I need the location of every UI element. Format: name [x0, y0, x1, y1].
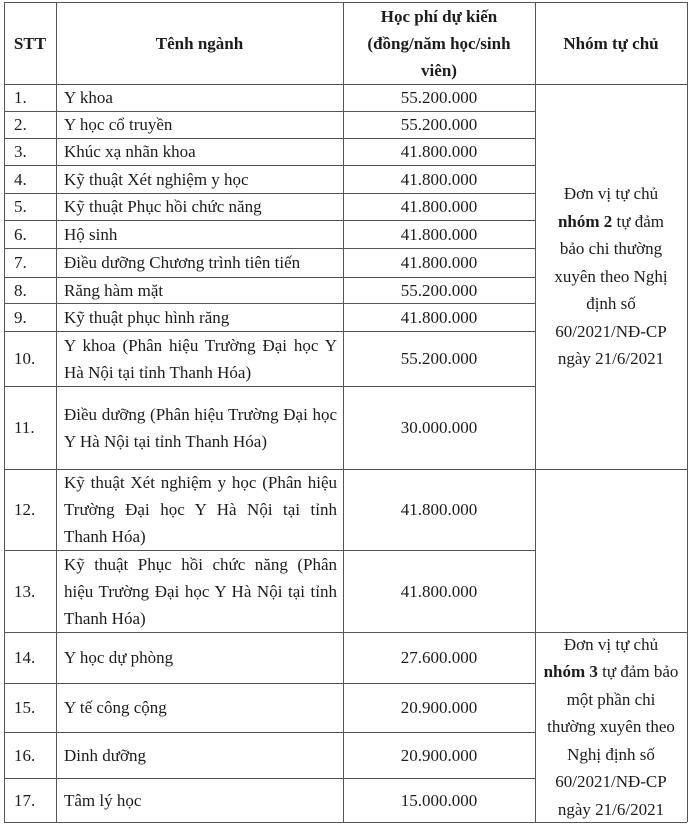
grid-hline: [4, 303, 535, 304]
header-autonomy-group: Nhóm tự chủ: [535, 2, 687, 84]
row-stt: 11.: [4, 386, 56, 469]
row-stt: 17.: [4, 778, 56, 822]
grid-hline: [4, 386, 535, 387]
row-major-name: Kỹ thuật Phục hồi chức năng (Phân hiệu T…: [56, 550, 343, 632]
row-stt: 16.: [4, 732, 56, 778]
row-fee: 41.800.000: [343, 303, 535, 331]
grid-hline: [4, 732, 535, 733]
grid-hline: [4, 220, 535, 221]
row-fee: 41.800.000: [343, 165, 535, 193]
grid-hline: [4, 632, 687, 633]
row-major-name: Hộ sinh: [56, 220, 343, 248]
row-stt: 7.: [4, 248, 56, 277]
row-stt: 15.: [4, 683, 56, 732]
row-major-name: Dinh dưỡng: [56, 732, 343, 778]
row-major-name: Y tế công cộng: [56, 683, 343, 732]
grid-vline: [4, 2, 5, 822]
tuition-fee-table: STT Tênh ngành Học phí dự kiến (đồng/năm…: [0, 0, 700, 827]
grid-hline: [4, 331, 535, 332]
row-fee: 41.800.000: [343, 193, 535, 220]
row-major-name: Tâm lý học: [56, 778, 343, 822]
row-major-name: Y khoa (Phân hiệu Trường Đại học Y Hà Nộ…: [56, 331, 343, 386]
row-stt: 6.: [4, 220, 56, 248]
grid-hline: [4, 138, 535, 139]
row-fee: 55.200.000: [343, 84, 535, 111]
row-major-name: Y học cổ truyền: [56, 111, 343, 138]
grid-vline: [687, 2, 688, 822]
row-fee: 20.900.000: [343, 683, 535, 732]
row-fee: 41.800.000: [343, 469, 535, 550]
row-fee: 15.000.000: [343, 778, 535, 822]
grid-hline: [4, 277, 535, 278]
row-stt: 10.: [4, 331, 56, 386]
grid-hline: [4, 550, 535, 551]
row-major-name: Điều dưỡng (Phân hiệu Trường Đại học Y H…: [56, 386, 343, 469]
row-fee: 20.900.000: [343, 732, 535, 778]
grid-vline: [56, 2, 57, 822]
row-stt: 12.: [4, 469, 56, 550]
grid-hline: [4, 248, 535, 249]
row-stt: 1.: [4, 84, 56, 111]
row-fee: 55.200.000: [343, 277, 535, 303]
grid-vline: [343, 2, 344, 822]
row-major-name: Kỹ thuật Xét nghiệm y học: [56, 165, 343, 193]
row-major-name: Kỹ thuật phục hình răng: [56, 303, 343, 331]
row-fee: 41.800.000: [343, 220, 535, 248]
autonomy-group-cell: Đơn vị tự chủ nhóm 3 tự đảm bảo một phần…: [535, 632, 687, 822]
row-stt: 14.: [4, 632, 56, 683]
row-major-name: Kỹ thuật Phục hồi chức năng: [56, 193, 343, 220]
grid-hline: [4, 165, 535, 166]
row-fee: 41.800.000: [343, 138, 535, 165]
row-stt: 13.: [4, 550, 56, 632]
autonomy-group-cell: Đơn vị tự chủ nhóm 2 tự đảm bảo chi thườ…: [535, 84, 687, 469]
row-major-name: Điều dưỡng Chương trình tiên tiến: [56, 248, 343, 277]
row-stt: 2.: [4, 111, 56, 138]
header-major-name: Tênh ngành: [56, 2, 343, 84]
row-stt: 5.: [4, 193, 56, 220]
row-stt: 8.: [4, 277, 56, 303]
grid-vline: [535, 2, 536, 822]
grid-hline: [4, 778, 535, 779]
grid-hline: [4, 822, 687, 823]
row-stt: 9.: [4, 303, 56, 331]
row-major-name: Y khoa: [56, 84, 343, 111]
grid-hline: [4, 469, 687, 470]
row-fee: 27.600.000: [343, 632, 535, 683]
grid-hline: [4, 193, 535, 194]
grid-hline: [4, 2, 687, 3]
row-major-name: Kỹ thuật Xét nghiệm y học (Phân hiệu Trư…: [56, 469, 343, 550]
header-expected-fee: Học phí dự kiến (đồng/năm học/sinh viên): [343, 2, 535, 84]
row-fee: 41.800.000: [343, 248, 535, 277]
row-major-name: Răng hàm mặt: [56, 277, 343, 303]
autonomy-group-cell: [535, 469, 687, 632]
row-fee: 30.000.000: [343, 386, 535, 469]
grid-hline: [4, 84, 687, 85]
row-stt: 3.: [4, 138, 56, 165]
grid-hline: [4, 111, 535, 112]
grid-hline: [4, 683, 535, 684]
group-number: nhóm 2: [558, 212, 612, 231]
row-major-name: Khúc xạ nhãn khoa: [56, 138, 343, 165]
group-number: nhóm 3: [544, 662, 598, 681]
row-fee: 55.200.000: [343, 111, 535, 138]
header-stt: STT: [4, 2, 56, 84]
row-fee: 55.200.000: [343, 331, 535, 386]
row-stt: 4.: [4, 165, 56, 193]
row-major-name: Y học dự phòng: [56, 632, 343, 683]
row-fee: 41.800.000: [343, 550, 535, 632]
